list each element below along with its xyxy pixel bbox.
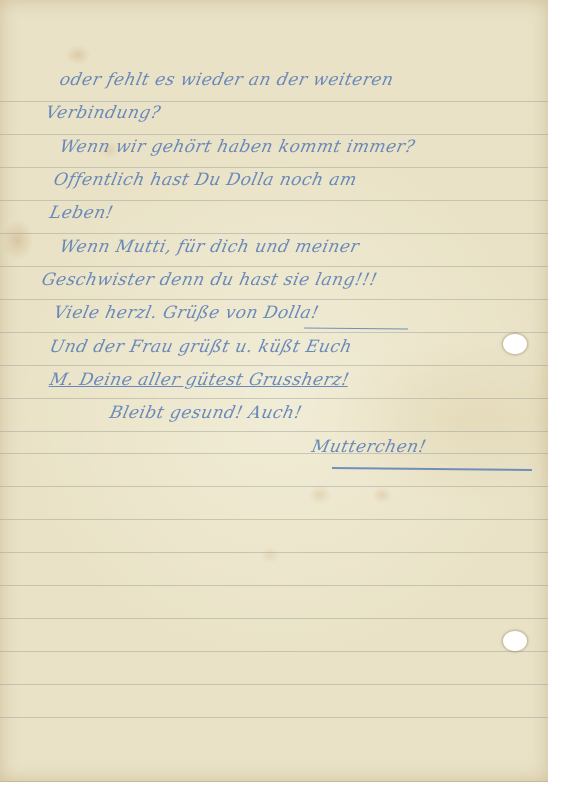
punch-hole xyxy=(503,631,527,651)
letter-paper: oder fehlt es wieder an der weiteren Ver… xyxy=(0,0,548,782)
letter-line-7: Geschwister denn du hast sie lang!!! xyxy=(40,270,379,290)
letter-line-1: oder fehlt es wieder an der weiteren xyxy=(58,70,396,90)
signature: Mutterchen! xyxy=(310,437,428,457)
ruled-line xyxy=(0,431,548,432)
ruled-line xyxy=(0,266,548,267)
ruled-line xyxy=(0,332,548,333)
ruled-line xyxy=(0,552,548,553)
ruled-line xyxy=(0,101,548,102)
ruled-line xyxy=(0,233,548,234)
ruled-line xyxy=(0,398,548,399)
name-underline xyxy=(304,327,408,329)
letter-line-10: M. Deine aller gütest Grussherz! xyxy=(48,370,351,390)
letter-line-11: Bleibt gesund! Auch! xyxy=(108,403,304,423)
ruled-line xyxy=(0,519,548,520)
signature-underline xyxy=(332,467,532,471)
letter-line-2: Verbindung? xyxy=(44,103,163,123)
ruled-line xyxy=(0,618,548,619)
letter-line-6: Wenn Mutti, für dich und meiner xyxy=(58,237,361,257)
ruled-line xyxy=(0,684,548,685)
ruled-line xyxy=(0,717,548,718)
ruled-line xyxy=(0,453,548,454)
letter-line-8: Viele herzl. Grüße von Dolla! xyxy=(52,303,321,323)
ruled-line xyxy=(0,651,548,652)
ruled-line xyxy=(0,365,548,366)
ruled-line xyxy=(0,585,548,586)
punch-hole xyxy=(503,334,527,354)
ruled-line xyxy=(0,299,548,300)
ruled-line xyxy=(0,134,548,135)
ruled-line xyxy=(0,200,548,201)
letter-line-3: Wenn wir gehört haben kommt immer? xyxy=(58,137,417,157)
ruled-line xyxy=(0,486,548,487)
ruled-line xyxy=(0,167,548,168)
letter-line-4: Offentlich hast Du Dolla noch am xyxy=(52,170,359,190)
letter-line-5: Leben! xyxy=(48,203,115,223)
letter-line-9: Und der Frau grüßt u. küßt Euch xyxy=(48,337,354,357)
